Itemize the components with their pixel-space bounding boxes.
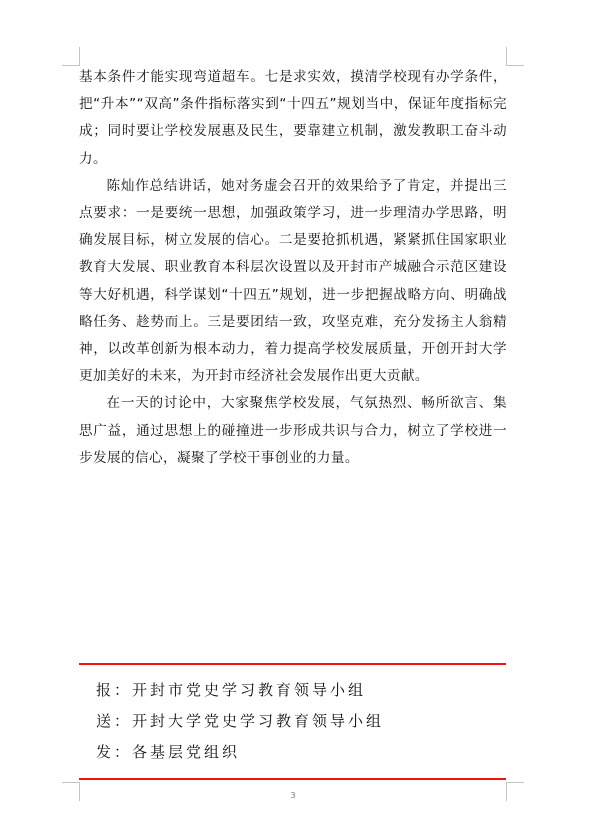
distribution-list: 报：开封市党史学习教育领导小组 送：开封大学党史学习教育领导小组 发：各基层党组… — [96, 675, 384, 768]
distribution-recipient: 开封市党史学习教育领导小组 — [132, 681, 366, 699]
red-divider-bottom — [79, 778, 506, 780]
margin-corner-mark-bottom-right — [506, 782, 524, 801]
distribution-label: 发： — [96, 743, 132, 761]
distribution-row-issue: 发：各基层党组织 — [96, 737, 384, 768]
distribution-row-send: 送：开封大学党史学习教育领导小组 — [96, 706, 384, 737]
paragraph-3[interactable]: 在一天的讨论中，大家聚焦学校发展，气氛热烈、畅所欲言、集思广益，通过思想上的碰撞… — [79, 390, 507, 472]
distribution-label: 报： — [96, 681, 132, 699]
margin-corner-mark-top-right — [506, 47, 524, 66]
page-number: 3 — [287, 791, 299, 800]
paragraph-1[interactable]: 基本条件才能实现弯道超车。七是求实效，摸清学校现有办学条件，把“升本”“双高”条… — [79, 64, 507, 173]
red-divider-top — [79, 663, 506, 665]
distribution-recipient: 开封大学党史学习教育领导小组 — [132, 712, 384, 730]
paragraph-2[interactable]: 陈灿作总结讲话，她对务虚会召开的效果给予了肯定，并提出三点要求：一是要统一思想，… — [79, 173, 507, 391]
distribution-label: 送： — [96, 712, 132, 730]
document-page: 基本条件才能实现弯道超车。七是求实效，摸清学校现有办学条件，把“升本”“双高”条… — [0, 0, 590, 837]
distribution-recipient: 各基层党组织 — [132, 743, 240, 761]
distribution-row-report: 报：开封市党史学习教育领导小组 — [96, 675, 384, 706]
margin-corner-mark-top-left — [62, 47, 80, 66]
margin-corner-mark-bottom-left — [62, 782, 80, 801]
document-body[interactable]: 基本条件才能实现弯道超车。七是求实效，摸清学校现有办学条件，把“升本”“双高”条… — [79, 64, 507, 472]
